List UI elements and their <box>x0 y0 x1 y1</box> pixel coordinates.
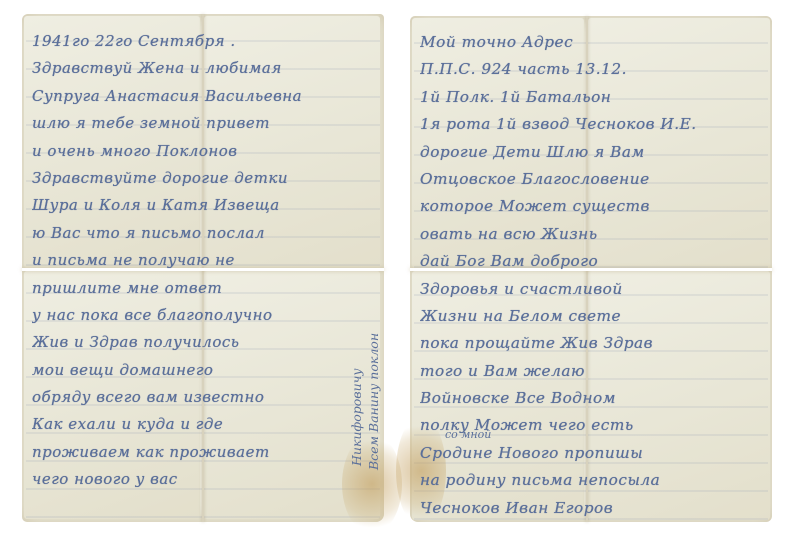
letter-sheet-left: 1941го 22го Сентября . Здравствуй Жена и… <box>22 14 384 522</box>
handwritten-line: Жив и Здрав получилось <box>32 329 376 356</box>
handwritten-line: обряду всего вам известно <box>32 384 376 411</box>
handwritten-line: того и Вам желаю <box>420 358 764 385</box>
handwritten-line: ю Вас что я письмо послал <box>32 220 376 247</box>
handwritten-line: П.П.С. 924 часть 13.12. <box>420 56 764 83</box>
handwritten-line: Шура и Коля и Катя Извеща <box>32 192 376 219</box>
letter-body-right: Мой точно Адрес П.П.С. 924 часть 13.12. … <box>420 29 764 522</box>
handwritten-line: дай Бог Вам доброго <box>420 248 764 275</box>
handwritten-line: шлю я тебе земной привет <box>32 110 376 137</box>
handwritten-line: Чесноков Иван Егоров <box>420 495 764 522</box>
handwritten-line: у нас пока все благополучно <box>32 302 376 329</box>
handwritten-line: Здоровья и счастливой <box>420 276 764 303</box>
margin-note-vertical: Всем Ванину поклон <box>366 333 381 470</box>
handwritten-line: и очень много Поклонов <box>32 138 376 165</box>
handwritten-line: мои вещи домашнего <box>32 357 376 384</box>
handwritten-line: 1й Полк. 1й Батальон <box>420 84 764 111</box>
letter-sheet-right: Мой точно Адрес П.П.С. 924 часть 13.12. … <box>410 16 772 522</box>
handwritten-line: чего нового у вас <box>32 466 376 493</box>
handwritten-line: Войновске Все Водном <box>420 385 764 412</box>
handwritten-line: и письма не получаю не <box>32 247 376 274</box>
handwritten-line: дорогие Дети Шлю я Вам <box>420 139 764 166</box>
handwritten-line: 1941го 22го Сентября . <box>32 28 376 55</box>
handwritten-line: которое Может существ <box>420 193 764 220</box>
handwritten-line: Супруга Анастасия Васильевна <box>32 83 376 110</box>
handwritten-line: Здравствуй Жена и любимая <box>32 55 376 82</box>
handwritten-line: на родину письма непосыла <box>420 467 764 494</box>
handwritten-line: 1я рота 1й взвод Чесноков И.Е. <box>420 111 764 138</box>
letter-body-left: 1941го 22го Сентября . Здравствуй Жена и… <box>32 28 376 494</box>
handwritten-line: пришлите мне ответ <box>32 275 376 302</box>
handwritten-line: Жизни на Белом свете <box>420 303 764 330</box>
handwritten-line: Здравствуйте дорогие детки <box>32 165 376 192</box>
handwritten-line: Сродине Нового пропишы <box>420 440 764 467</box>
handwritten-line: пока прощайте Жив Здрав <box>420 330 764 357</box>
handwritten-line: Отцовское Благословение <box>420 166 764 193</box>
handwritten-line: Мой точно Адрес <box>420 29 764 56</box>
superscript-note: со мной <box>445 428 491 441</box>
handwritten-line: овать на всю Жизнь <box>420 221 764 248</box>
margin-note-vertical: Никифоровичу <box>349 368 364 466</box>
handwritten-line: проживаем как проживает <box>32 439 376 466</box>
handwritten-line: Как ехали и куда и где <box>32 411 376 438</box>
